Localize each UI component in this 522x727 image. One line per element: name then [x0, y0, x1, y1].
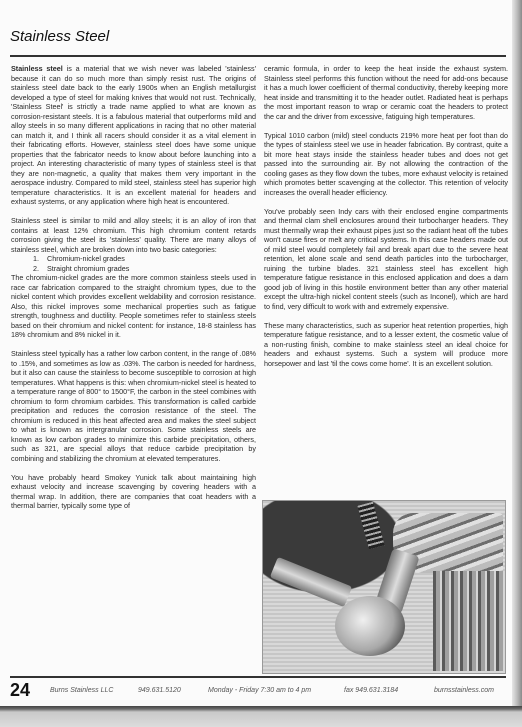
left-column: Stainless steel is a material that we wi…	[11, 64, 256, 520]
page-edge-shadow	[512, 0, 522, 727]
paragraph-conductivity: Typical 1010 carbon (mild) steel conduct…	[264, 131, 508, 198]
website-link[interactable]: burnsstainless.com	[434, 687, 494, 694]
list-item: Chromium-nickel grades	[41, 254, 256, 264]
list-item: Straight chromium grades	[41, 264, 256, 274]
paragraph-intro: Stainless steel is a material that we wi…	[11, 64, 256, 207]
page-number: 24	[10, 680, 30, 701]
phone-number: 949.631.5120	[138, 687, 181, 694]
paragraph-conclusion: These many characteristics, such as supe…	[264, 321, 508, 369]
page-bottom-shadow	[0, 706, 522, 727]
title-divider	[10, 55, 506, 57]
page-footer: 24 Burns Stainless LLC 949.631.5120 Mond…	[10, 682, 506, 704]
grade-list: Chromium-nickel grades Straight chromium…	[11, 254, 256, 273]
turbocharger-shape	[335, 596, 405, 656]
right-column: ceramic formula, in order to keep the he…	[264, 64, 508, 378]
lead-term: Stainless steel	[11, 64, 63, 73]
paragraph-chromium-nickel: The chromium-nickel grades are the more …	[11, 273, 256, 340]
coilover-spring-shape	[357, 502, 384, 550]
footer-divider	[10, 676, 506, 678]
business-hours: Monday - Friday 7:30 am to 4 pm	[208, 687, 311, 694]
company-name: Burns Stainless LLC	[50, 687, 113, 694]
page-title: Stainless Steel	[10, 28, 109, 45]
turbo-header-photo	[262, 500, 506, 674]
paragraph-thermal-wrap: You have probably heard Smokey Yunick ta…	[11, 473, 256, 511]
paragraph-alloy: Stainless steel is similar to mild and a…	[11, 216, 256, 254]
paragraph-indy: You've probably seen Indy cars with thei…	[264, 207, 508, 312]
fax-number: fax 949.631.3184	[344, 687, 398, 694]
catalog-page: Stainless Steel Stainless steel is a mat…	[0, 0, 512, 712]
paragraph-ceramic: ceramic formula, in order to keep the he…	[264, 64, 508, 121]
paragraph-carbon: Stainless steel typically has a rather l…	[11, 349, 256, 463]
engine-block-shape	[433, 571, 505, 671]
exhaust-pipe-shape	[270, 557, 352, 607]
